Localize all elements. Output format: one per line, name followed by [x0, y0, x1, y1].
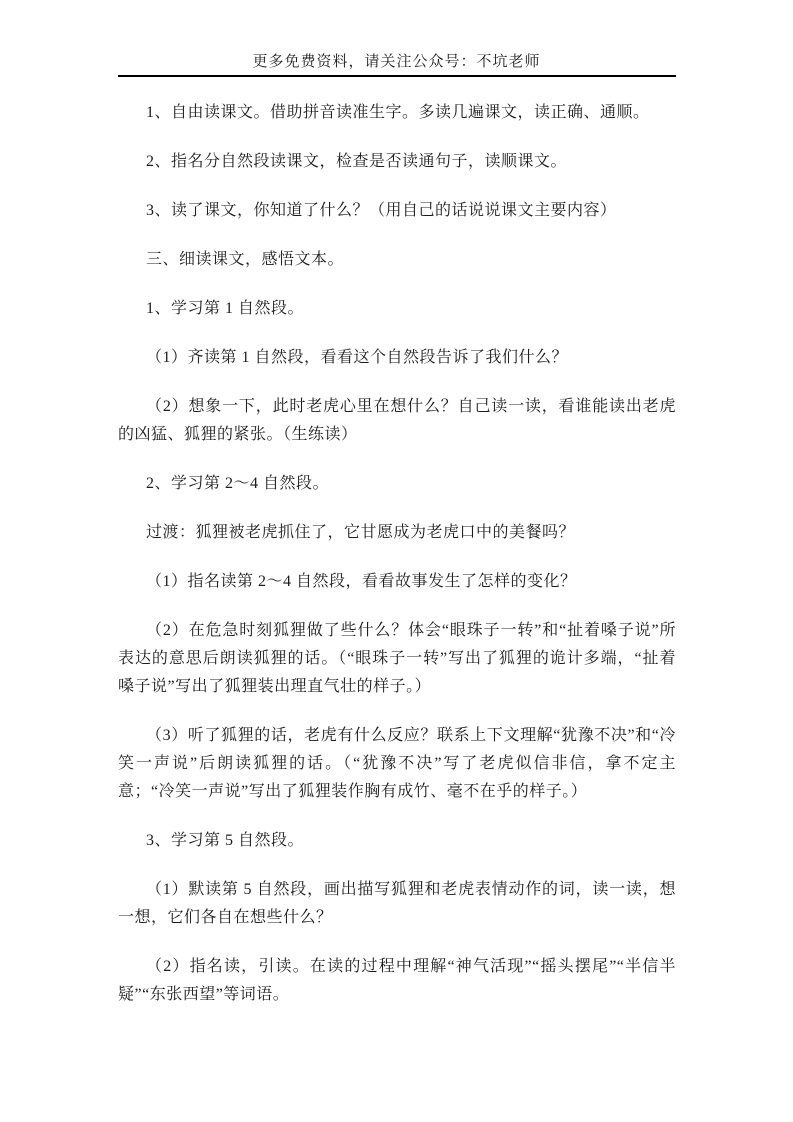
paragraph: （2）指名读，引读。在读的过程中理解“神气活现”“摇头摆尾”“半信半疑”“东张西… — [118, 953, 676, 1009]
header-note: 更多免费资料，请关注公众号：不坑老师 — [0, 52, 793, 72]
paragraph: （1）默读第 5 自然段，画出描写狐狸和老虎表情动作的词，读一读，想一想，它们各… — [118, 876, 676, 932]
paragraph: 2、指名分自然段读课文，检查是否读通句子，读顺课文。 — [118, 148, 676, 176]
paragraph: （1）指名读第 2～4 自然段，看看故事发生了怎样的变化？ — [118, 568, 676, 596]
paragraph: 3、学习第 5 自然段。 — [118, 827, 676, 855]
paragraph: 1、学习第 1 自然段。 — [118, 295, 676, 323]
document-body: 1、自由读课文。借助拼音读准生字。多读几遍课文，读正确、通顺。 2、指名分自然段… — [118, 99, 676, 1030]
paragraph: 三、细读课文，感悟文本。 — [118, 246, 676, 274]
paragraph: （1）齐读第 1 自然段，看看这个自然段告诉了我们什么？ — [118, 344, 676, 372]
header-rule — [118, 75, 676, 77]
paragraph: （3）听了狐狸的话，老虎有什么反应？联系上下文理解“犹豫不决”和“冷笑一声说”后… — [118, 722, 676, 806]
paragraph: 1、自由读课文。借助拼音读准生字。多读几遍课文，读正确、通顺。 — [118, 99, 676, 127]
paragraph: （2）在危急时刻狐狸做了些什么？体会“眼珠子一转”和“扯着嗓子说”所表达的意思后… — [118, 617, 676, 701]
paragraph: （2）想象一下，此时老虎心里在想什么？自己读一读，看谁能读出老虎的凶猛、狐狸的紧… — [118, 393, 676, 449]
paragraph: 过渡：狐狸被老虎抓住了，它甘愿成为老虎口中的美餐吗？ — [118, 519, 676, 547]
paragraph: 2、学习第 2～4 自然段。 — [118, 470, 676, 498]
paragraph: 3、读了课文，你知道了什么？（用自己的话说说课文主要内容） — [118, 197, 676, 225]
document-page: 更多免费资料，请关注公众号：不坑老师 1、自由读课文。借助拼音读准生字。多读几遍… — [0, 0, 793, 1122]
